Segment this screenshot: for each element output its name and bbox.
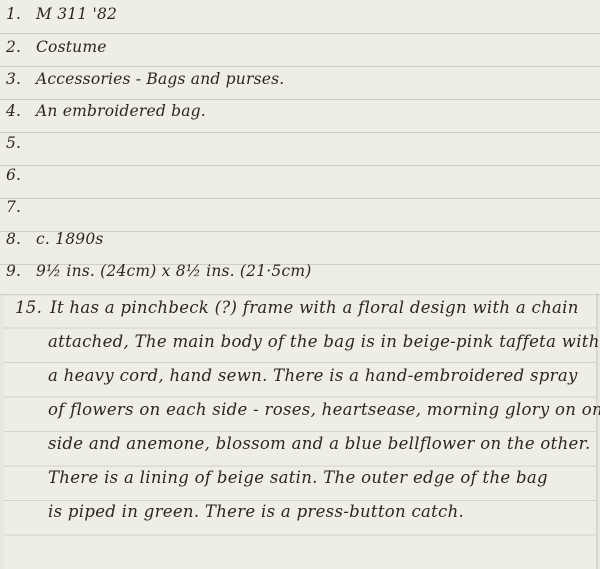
top-record-sheet: 1.M 311 '82 2.Costume 3.Accessories - Ba… bbox=[0, 0, 600, 294]
record-item-5: 5. bbox=[6, 134, 36, 152]
description-line-3: a heavy cord, hand sewn. There is a hand… bbox=[48, 366, 578, 385]
item-number: 9. bbox=[6, 262, 28, 280]
item-dimensions: 9½ ins. (24cm) x 8½ ins. (21·5cm) bbox=[36, 262, 312, 280]
description-line-7: is piped in green. There is a press-butt… bbox=[48, 502, 464, 521]
description-line-2: attached, The main body of the bag is in… bbox=[48, 332, 600, 351]
record-item-8: 8.c. 1890s bbox=[6, 230, 104, 248]
item-number: 15. bbox=[15, 298, 42, 317]
description-line-1: 15.It has a pinchbeck (?) frame with a f… bbox=[15, 298, 579, 317]
item-number: 1. bbox=[6, 5, 28, 23]
record-item-1: 1.M 311 '82 bbox=[6, 5, 117, 23]
description-sheet: 15.It has a pinchbeck (?) frame with a f… bbox=[4, 286, 598, 569]
description-text: It has a pinchbeck (?) frame with a flor… bbox=[50, 298, 579, 317]
item-date: c. 1890s bbox=[36, 230, 104, 248]
item-number: 4. bbox=[6, 102, 28, 120]
item-number: 7. bbox=[6, 198, 28, 216]
record-item-2: 2.Costume bbox=[6, 38, 107, 56]
item-accession-number: M 311 '82 bbox=[36, 5, 117, 23]
record-item-4: 4.An embroidered bag. bbox=[6, 102, 206, 120]
item-title: An embroidered bag. bbox=[36, 102, 206, 120]
item-department: Costume bbox=[36, 38, 107, 56]
description-line-5: side and anemone, blossom and a blue bel… bbox=[48, 434, 591, 453]
record-item-7: 7. bbox=[6, 198, 36, 216]
record-item-6: 6. bbox=[6, 166, 36, 184]
record-item-9: 9.9½ ins. (24cm) x 8½ ins. (21·5cm) bbox=[6, 262, 312, 280]
item-number: 2. bbox=[6, 38, 28, 56]
item-number: 8. bbox=[6, 230, 28, 248]
item-number: 6. bbox=[6, 166, 28, 184]
item-number: 3. bbox=[6, 70, 28, 88]
description-line-6: There is a lining of beige satin. The ou… bbox=[48, 468, 548, 487]
item-category: Accessories - Bags and purses. bbox=[36, 70, 284, 88]
description-line-4: of flowers on each side - roses, heartse… bbox=[48, 400, 600, 419]
item-number: 5. bbox=[6, 134, 28, 152]
record-item-3: 3.Accessories - Bags and purses. bbox=[6, 70, 284, 88]
